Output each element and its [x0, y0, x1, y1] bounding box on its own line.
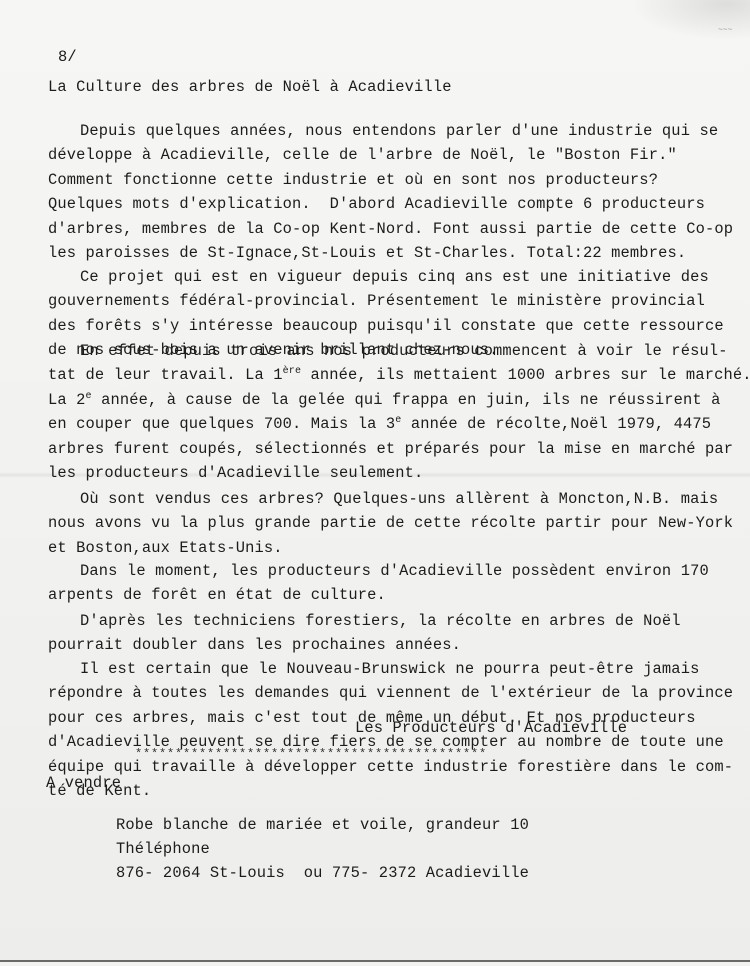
article-line: pourrait doubler dans les prochaines ann…: [48, 636, 461, 654]
article-line: développe à Acadieville, celle de l'arbr…: [48, 146, 677, 164]
article-line: et Boston,aux Etats-Unis.: [48, 539, 283, 557]
article-line: Dans le moment, les producteurs d'Acadie…: [80, 562, 709, 580]
article-line: En effet depuis trois ans nos producteur…: [80, 342, 728, 360]
article-line: arbres furent coupés, sélectionnés et pr…: [48, 440, 733, 458]
article-line: Où sont vendus ces arbres? Quelques-uns …: [80, 490, 718, 508]
page-number: 8/: [58, 48, 77, 66]
article-line: d'arbres, membres de la Co-op Kent-Nord.…: [48, 220, 733, 238]
article-title: La Culture des arbres de Noël à Acadievi…: [48, 78, 452, 96]
article-line: Comment fonctionne cette industrie et où…: [48, 171, 658, 189]
article-line: en couper que quelques 700. Mais la 3e a…: [48, 415, 711, 433]
article-line: les producteurs d'Acadieville seulement.: [48, 464, 423, 482]
article-line: répondre à toutes les demandes qui vienn…: [48, 684, 733, 702]
article-line: Ce projet qui est en vigueur depuis cinq…: [80, 268, 709, 286]
article-line: D'après les techniciens forestiers, la r…: [80, 612, 681, 630]
article-line: La 2e année, à cause de la gelée qui fra…: [48, 391, 721, 409]
classified-phone-label: Théléphone: [116, 840, 210, 858]
classified-heading: A vendre: [46, 774, 121, 792]
article-line: Depuis quelques années, nous entendons p…: [80, 122, 718, 140]
ordinal-superscript: e: [395, 415, 401, 426]
ordinal-superscript: ère: [283, 366, 301, 377]
article-line: gouvernements fédéral-provincial. Présen…: [48, 292, 705, 310]
article-line: nous avons vu la plus grande partie de c…: [48, 514, 733, 532]
corner-mark: ~~~: [718, 26, 732, 35]
classified-item: Robe blanche de mariée et voile, grandeu…: [116, 816, 529, 834]
article-line: des forêts s'y intéresse beaucoup puisqu…: [48, 317, 724, 335]
article-line: arpents de forêt en état de culture.: [48, 586, 386, 604]
separator-line: ****************************************…: [135, 745, 487, 763]
article-line: tat de leur travail. La 1ère année, ils …: [48, 366, 750, 384]
ordinal-superscript: e: [86, 391, 92, 402]
classified-phone-numbers: 876- 2064 St-Louis ou 775- 2372 Acadievi…: [116, 864, 529, 882]
article-line: Il est certain que le Nouveau-Brunswick …: [80, 660, 699, 678]
article-signature: Les Producteurs d'Acadieville: [355, 719, 627, 737]
article-line: les paroisses de St-Ignace,St-Louis et S…: [48, 244, 686, 262]
document-page: ~~~ 8/ La Culture des arbres de Noël à A…: [0, 0, 750, 962]
article-line: Quelques mots d'explication. D'abord Aca…: [48, 195, 705, 213]
